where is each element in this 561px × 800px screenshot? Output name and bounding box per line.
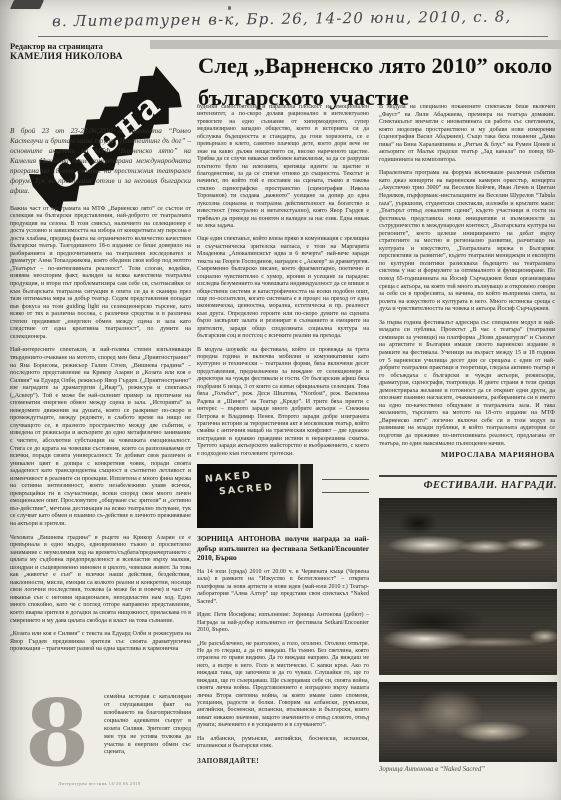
editor-credit: Редактор на страницата КАМЕЛИЯ НИКОЛОВА <box>10 41 160 64</box>
news-paragraph: На 14 юли (сряда) 2010 от 20.00 ч. в Чер… <box>197 569 369 606</box>
body-paragraph: Най-интересните спектакли, в най-голяма … <box>10 347 191 528</box>
editor-name: КАМЕЛИЯ НИКОЛОВА <box>10 52 160 64</box>
body-paragraph: „Козата или коя е Силвия” с текста на Ед… <box>10 631 191 654</box>
invitation-line: ЗАПОВЯДАЙТЕ! <box>197 757 369 766</box>
intro-paragraph: В брой 23 от 23-29.06.2010 в статията “Р… <box>10 127 191 197</box>
header-band <box>150 40 561 49</box>
column-3: В модула на специално поканените спектак… <box>379 104 555 448</box>
body-paragraph: Още един спектакъл, който влиза пряко в … <box>197 236 369 340</box>
newspaper-page: в. Литературен в-к, Бр. 26, 14-20 юни, 2… <box>0 0 561 800</box>
handwritten-annotation: в. Литературен в-к, Бр. 26, 14-20 юни, 2… <box>52 8 482 31</box>
award-news-title: ЗОРНИЦА АНТОНОВА получи награда за най-д… <box>197 534 369 563</box>
photo-caption: Зорница Антонова в “Naked Sacred” <box>379 766 557 773</box>
body-paragraph: Важна част от програмата на МТФ „Варненс… <box>10 206 191 342</box>
body-paragraph: В модула шоукейс на фестивала, който се … <box>197 347 369 459</box>
column-1: В брой 23 от 23-29.06.2010 в статията “Р… <box>10 127 191 693</box>
body-paragraph: Чеховата „Вишнева градина” в ръцете на К… <box>10 535 191 626</box>
rule <box>322 492 369 493</box>
footer-imprint: Литературен вестник 14-20.06.2010 <box>58 781 141 786</box>
naked-sacred-photo-row: NAKED SACRED <box>197 464 369 528</box>
author-byline: МИРОСЛАВА МАРИЯНОВА <box>379 450 555 459</box>
scan-smudge <box>10 0 44 9</box>
ruled-line <box>38 36 548 37</box>
page-number-wrap: 8 семейна история с катализиран от смуща… <box>10 694 191 780</box>
column-2: будейки самостоятелна и паралелна плоско… <box>197 104 369 794</box>
festivals-awards-section: ФЕСТИВАЛИ. НАГРАДИ. Зорница Антонова в “… <box>379 475 557 773</box>
headline-line-1: След „Варненско лято 2010” около <box>198 50 558 82</box>
performance-photo-2 <box>379 589 557 675</box>
body-paragraph: В модула на специално поканените спектак… <box>379 104 555 164</box>
body-paragraph: Паралелната програма на форума включваше… <box>379 170 555 313</box>
poster-text-line-2: SACRED <box>219 482 275 499</box>
separator-rules <box>322 464 369 528</box>
body-paragraph: За първа година фестивалът адресира със … <box>379 320 555 448</box>
naked-sacred-poster-photo: NAKED SACRED <box>197 464 313 528</box>
editor-label: Редактор на страницата <box>10 41 160 52</box>
news-paragraph: „Не разсъблечено, не разголено, а голо, … <box>197 641 369 730</box>
body-paragraph: будейки самостоятелна и паралелна плоско… <box>197 104 369 230</box>
news-paragraph: На албански, румънски, английски, боснен… <box>197 736 369 751</box>
section-header: ФЕСТИВАЛИ. НАГРАДИ. <box>379 475 557 491</box>
news-paragraph: Идея: Петя Йосифова; изпълнение: Зорница… <box>197 612 369 634</box>
body-paragraph-continued: семейна история с катализиран от смущава… <box>104 694 191 755</box>
performance-photo-1 <box>379 498 557 582</box>
performance-photo-3 <box>379 682 557 762</box>
page-number: 8 <box>10 694 104 774</box>
rule <box>322 479 369 480</box>
